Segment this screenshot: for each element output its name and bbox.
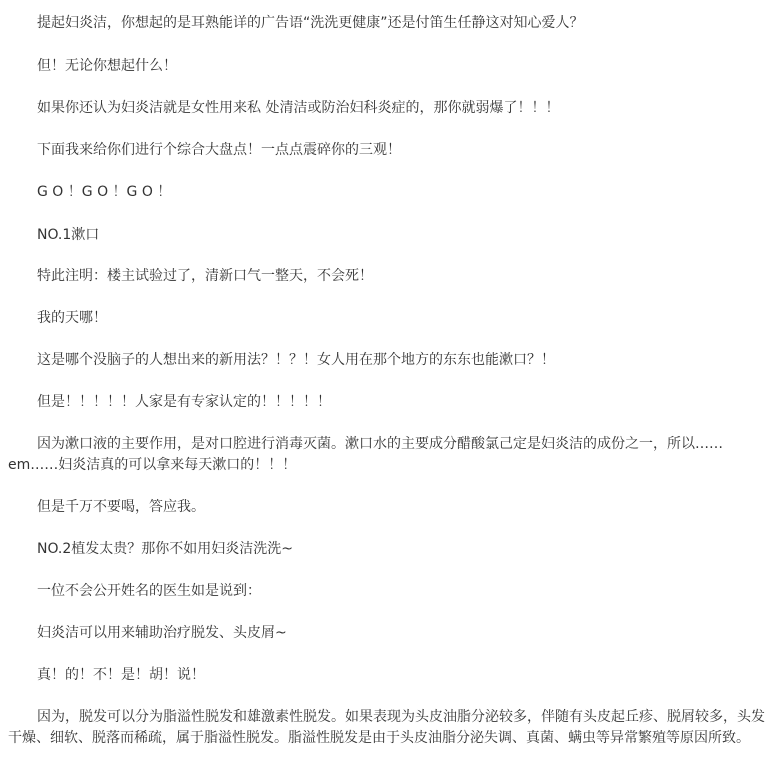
paragraph-dont-drink: 但是千万不要喝，答应我。: [8, 497, 768, 518]
section-heading-no2: NO.2植发太贵？那你不如用妇炎洁洗洗~: [8, 539, 768, 560]
paragraph-not-nonsense: 真！的！不！是！胡！说！: [8, 665, 768, 686]
paragraph-expert: 但是！！！！！人家是有专家认定的！！！！！: [8, 392, 768, 413]
paragraph-intro: 提起妇炎洁，你想起的是耳熟能详的广告语“洗洗更健康”还是付笛生任静这对知心爱人？: [8, 13, 768, 34]
paragraph-my-god: 我的天哪！: [8, 308, 768, 329]
paragraph-go: G O ！G O ！G O ！: [8, 182, 768, 203]
article-body: 提起妇炎洁，你想起的是耳熟能详的广告语“洗洗更健康”还是付笛生任静这对知心爱人？…: [0, 0, 771, 780]
paragraph-mouthwash-explanation: 因为漱口液的主要作用，是对口腔进行消毒灭菌。漱口水的主要成分醋酸氯己定是妇炎洁的…: [8, 434, 768, 476]
section-heading-no1: NO.1漱口: [8, 225, 768, 246]
paragraph-roundup: 下面我来给你们进行个综合大盘点！一点点震碎你的三观！: [8, 140, 768, 161]
paragraph-note: 特此注明：楼主试验过了，清新口气一整天，不会死！: [8, 266, 768, 287]
paragraph-who-thought: 这是哪个没脑子的人想出来的新用法？！？！女人用在那个地方的东东也能漱口？！: [8, 350, 768, 371]
paragraph-hair-loss: 妇炎洁可以用来辅助治疗脱发、头皮屑~: [8, 623, 768, 644]
paragraph-doctor-says: 一位不会公开姓名的医生如是说到：: [8, 581, 768, 602]
paragraph-but: 但！无论你想起什么！: [8, 56, 768, 77]
paragraph-hair-loss-explanation: 因为，脱发可以分为脂溢性脱发和雄激素性脱发。如果表现为头皮油脂分泌较多，伴随有头…: [8, 707, 768, 749]
paragraph-if-you-think: 如果你还认为妇炎洁就是女性用来私 处清洁或防治妇科炎症的，那你就弱爆了！！！: [8, 98, 768, 119]
